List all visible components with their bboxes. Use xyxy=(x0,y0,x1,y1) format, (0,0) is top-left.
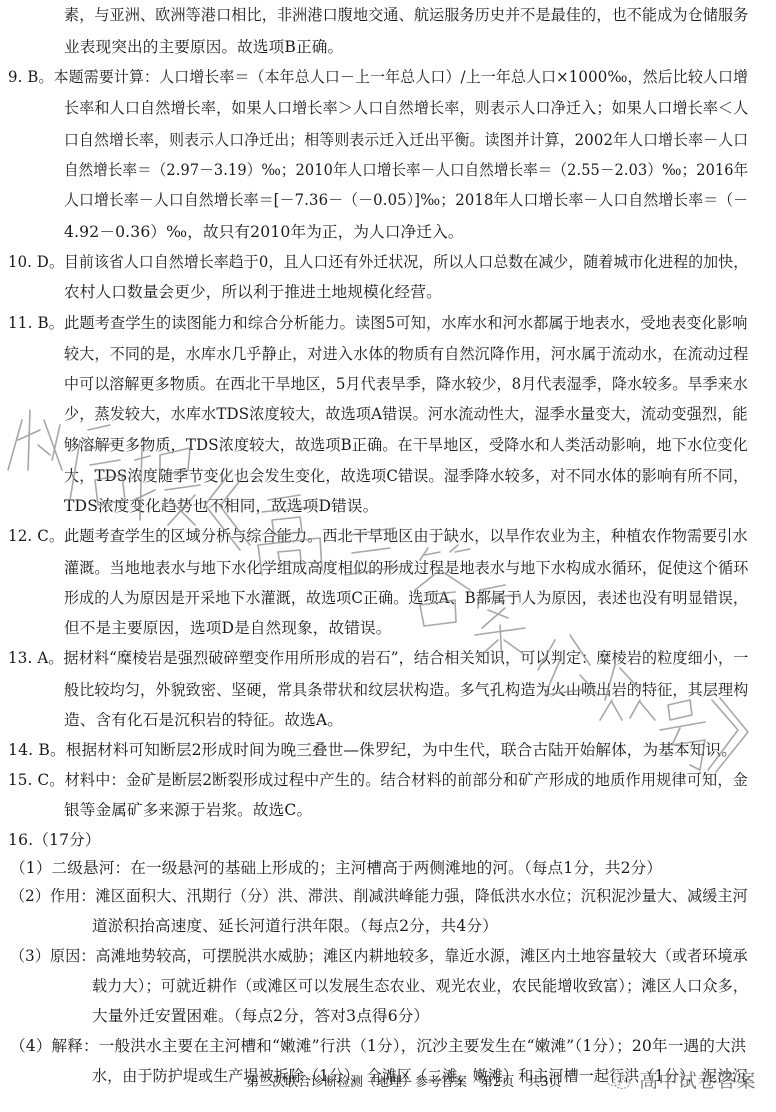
text-line: 14. B。根据材料可知断层2形成时间为晚三叠世—侏罗纪，为中生代，联合古陆开始… xyxy=(8,740,737,760)
text-line: 11. B。此题考查学生的读图能力和综合分析能力。读图5可知，水库水和河水都属于… xyxy=(8,313,748,333)
text-line: 但不是主要原因，选项D是自然现象，故错误。 xyxy=(64,618,392,638)
text-line: 长率和人口自然增长率，如果人口增长率＞人口自然增长率，则表示人口净迁入；如果人口… xyxy=(64,98,748,118)
text-line: 灌溉。当地地表水与地下水化学组成高度相似的形成过程是地表水与地下水构成水循环，促… xyxy=(64,558,748,578)
text-line: 造、含有化石是沉积岩的特征。故选A。 xyxy=(64,710,343,730)
text-line: 9. B。本题需要计算：人口增长率＝（本年总人口－上一年总人口）/上一年总人口×… xyxy=(8,67,748,87)
text-line: 般比较均匀，外貌致密、坚硬，常具条带状和纹层状构造。多气孔构造为火山喷出岩的特征… xyxy=(64,680,748,700)
text-line: 形成的人为原因是开采地下水灌溉，故选项C正确。选项A、B都属于人为原因，表述也没… xyxy=(64,588,748,608)
wechat-icon xyxy=(603,1068,633,1092)
text-line: 大，TDS浓度随季节变化也会发生变化，故选项C错误。湿季降水较多，对不同水体的影… xyxy=(64,466,748,486)
text-line: 大量外迁安置困难。（每点2分，答对3点得6分） xyxy=(92,1006,429,1026)
answer-key-page: 素，与亚洲、欧洲等港口相比，非洲港口腹地交通、航运服务历史并不是最佳的，也不能成… xyxy=(0,0,776,1112)
text-line: 口自然增长率，则表示人口净迁出；相等则表示迁入迁出平衡。读图并计算，2002年人… xyxy=(64,130,748,150)
text-line: 素，与亚洲、欧洲等港口相比，非洲港口腹地交通、航运服务历史并不是最佳的，也不能成… xyxy=(64,5,748,25)
text-line: 业表现突出的主要原因。故选项B正确。 xyxy=(64,37,343,57)
text-line: 10. D。目前该省人口自然增长率趋于0，且人口还有外迁状况，所以人口总数在减少… xyxy=(8,252,748,272)
text-line: 银等金属矿多来源于岩浆。故选C。 xyxy=(64,800,312,820)
logo-text: 高中试卷答案 xyxy=(639,1066,756,1093)
text-line: 道淤积抬高速度、延长河道行洪年限。（每点2分，共4分） xyxy=(92,916,498,936)
source-logo: 高中试卷答案 xyxy=(603,1066,756,1093)
text-line: 人口增长率－人口自然增长率＝[－7.36－（－0.05）]‰；2018年人口增长… xyxy=(64,190,748,210)
text-line: （4）解释：一般洪水主要在主河槽和“嫩滩”行洪（1分），沉沙主要发生在“嫩滩”（… xyxy=(10,1036,746,1056)
text-line: 16.（17分） xyxy=(8,830,101,850)
text-line: TDS浓度变化趋势也不相同，故选项D错误。 xyxy=(64,496,378,516)
page-footer: 第二次联合诊断检测（地理）参考答案 第2页 共3页 xyxy=(246,1074,562,1092)
text-line: 13. A。据材料“糜棱岩是强烈破碎塑变作用所形成的岩石”，结合相关知识，可以判… xyxy=(8,648,748,668)
text-line: 够溶解更多物质，TDS浓度较大，故选项B正确。在干旱地区，受降水和人类活动影响，… xyxy=(64,435,748,455)
text-line: 12. C。此题考查学生的区域分析与综合能力。西北干旱地区由于缺水，以旱作农业为… xyxy=(8,526,748,546)
text-line: 15. C。材料中：金矿是断层2断裂形成过程中产生的。结合材料的前部分和矿产形成… xyxy=(8,770,748,790)
text-line: 少，蒸发较大，水库水TDS浓度较大，故选项A错误。河水流动性大，湿季水量变大，流… xyxy=(64,404,748,424)
text-line: 4.92－0.36）‰，故只有2010年为正，为人口净迁入。 xyxy=(64,222,464,242)
text-line: 载力大）；可就近耕作（或滩区可以发展生态农业、观光农业，农民能增收致富）；滩区人… xyxy=(92,976,748,996)
text-line: 较大，不同的是，水库水几乎静止，对进入水体的物质有自然沉降作用，河水属于流动水，… xyxy=(64,344,748,364)
text-line: （2）作用：滩区面积大、汛期行（分）洪、滞洪、削减洪峰能力强，降低洪水水位；沉积… xyxy=(10,886,748,906)
text-line: 农村人口数量会更少，所以利于推进土地规模化经营。 xyxy=(64,282,442,302)
text-line: （1）二级悬河：在一级悬河的基础上形成的；主河槽高于两侧滩地的河。（每点1分，共… xyxy=(10,858,662,878)
text-line: 中可以溶解更多物质。在西北干旱地区，5月代表旱季，降水较少，8月代表湿季，降水较… xyxy=(64,374,748,394)
text-line: （3）原因：高滩地势较高，可摆脱洪水威胁；滩区内耕地较多，靠近水源，滩区内土地容… xyxy=(10,946,748,966)
text-line: 自然增长率＝（2.97－3.19）‰；2010年人口增长率－人口自然增长率＝（2… xyxy=(64,160,748,180)
